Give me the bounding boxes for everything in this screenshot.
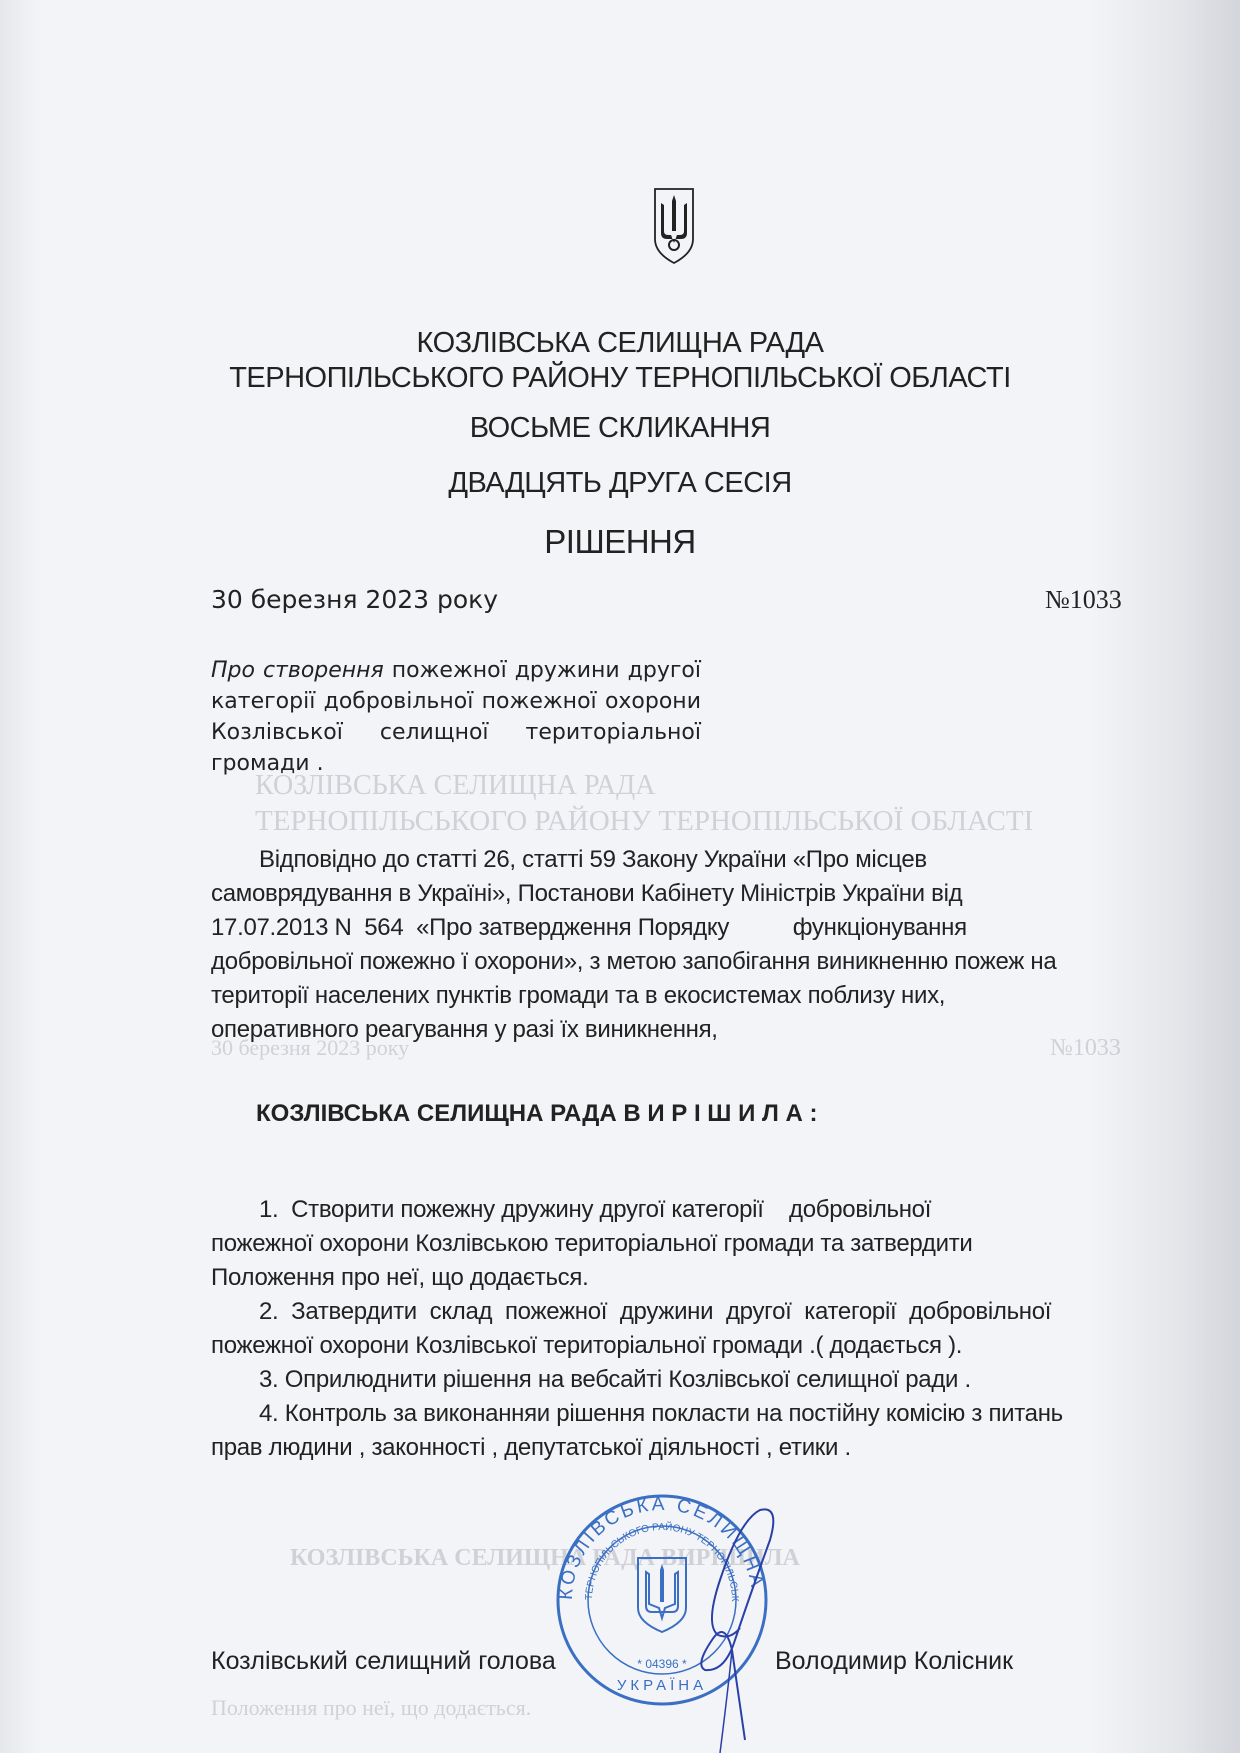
item-1-cont: пожежної охорони Козлівською територіаль… (211, 1227, 1240, 1261)
item-3: 3. Оприлюднити рішення на вебсайті Козлі… (211, 1363, 1240, 1397)
official-stamp-icon: КОЗЛІВСЬКА СЕЛИЩНА РАДА ТЕРНОПІЛЬСЬКОГО … (552, 1490, 772, 1710)
item-4-cont: прав людини , законності , депутатської … (211, 1431, 1240, 1465)
svg-text:* 04396 *: * 04396 * (637, 1657, 687, 1671)
council-name: КОЗЛІВСЬКА СЕЛИЩНА РАДА (0, 327, 1240, 360)
convocation: ВОСЬМЕ СКЛИКАННЯ (0, 412, 1240, 445)
decision-number: №1033 (1045, 585, 1122, 615)
district-name: ТЕРНОПІЛЬСЬКОГО РАЙОНУ ТЕРНОПІЛЬСЬКОЇ ОБ… (0, 362, 1240, 395)
item-1-cont: Положення про неї, що додається. (211, 1261, 1240, 1295)
preamble-line: 17.07.2013 N 564 «Про затвердження Поряд… (211, 911, 1240, 945)
preamble-line: самоврядування в Україні», Постанови Каб… (211, 877, 1240, 911)
preamble: Відповідно до статті 26, статті 59 Закон… (211, 843, 1240, 1047)
resolution-heading: КОЗЛІВСЬКА СЕЛИЩНА РАДА В И Р І Ш И Л А … (256, 1100, 817, 1128)
item-1: 1. Створити пожежну дружину другої катег… (211, 1193, 1240, 1227)
preamble-line: Відповідно до статті 26, статті 59 Закон… (211, 843, 1240, 877)
decision-date: 30 березня 2023 року (211, 585, 498, 614)
item-2-cont: пожежної охорони Козлівської територіаль… (211, 1329, 1240, 1363)
session: ДВАДЦЯТЬ ДРУГА СЕСІЯ (0, 467, 1240, 500)
item-4: 4. Контроль за виконанняи рішення поклас… (211, 1397, 1240, 1431)
preamble-line: оперативного реагування у разі їх виникн… (211, 1013, 1240, 1047)
resolution-items: 1. Створити пожежну дружину другої катег… (211, 1193, 1240, 1465)
ukraine-trident-emblem-icon (653, 187, 695, 265)
signatory-name: Володимир Колісник (775, 1647, 1013, 1676)
preamble-line: території населених пунктів громади та в… (211, 979, 1240, 1013)
bleed-through: ТЕРНОПІЛЬСЬКОГО РАЙОНУ ТЕРНОПІЛЬСЬКОЇ ОБ… (255, 805, 1033, 838)
subject-italic: Про створення (211, 658, 384, 683)
bleed-through: Положення про неї, що додається. (211, 1695, 531, 1721)
document-type-title: РІШЕННЯ (0, 523, 1240, 561)
decision-subject: Про створення пожежної дружини другої ка… (211, 655, 701, 779)
scan-edge-left (0, 0, 40, 1753)
preamble-line: добровільної пожежно ї охорони», з метою… (211, 945, 1240, 979)
signatory-title: Козлівський селищний голова (211, 1647, 556, 1676)
svg-text:УКРАЇНА: УКРАЇНА (617, 1677, 707, 1694)
item-2: 2. Затвердити склад пожежної дружини дру… (211, 1295, 1240, 1329)
